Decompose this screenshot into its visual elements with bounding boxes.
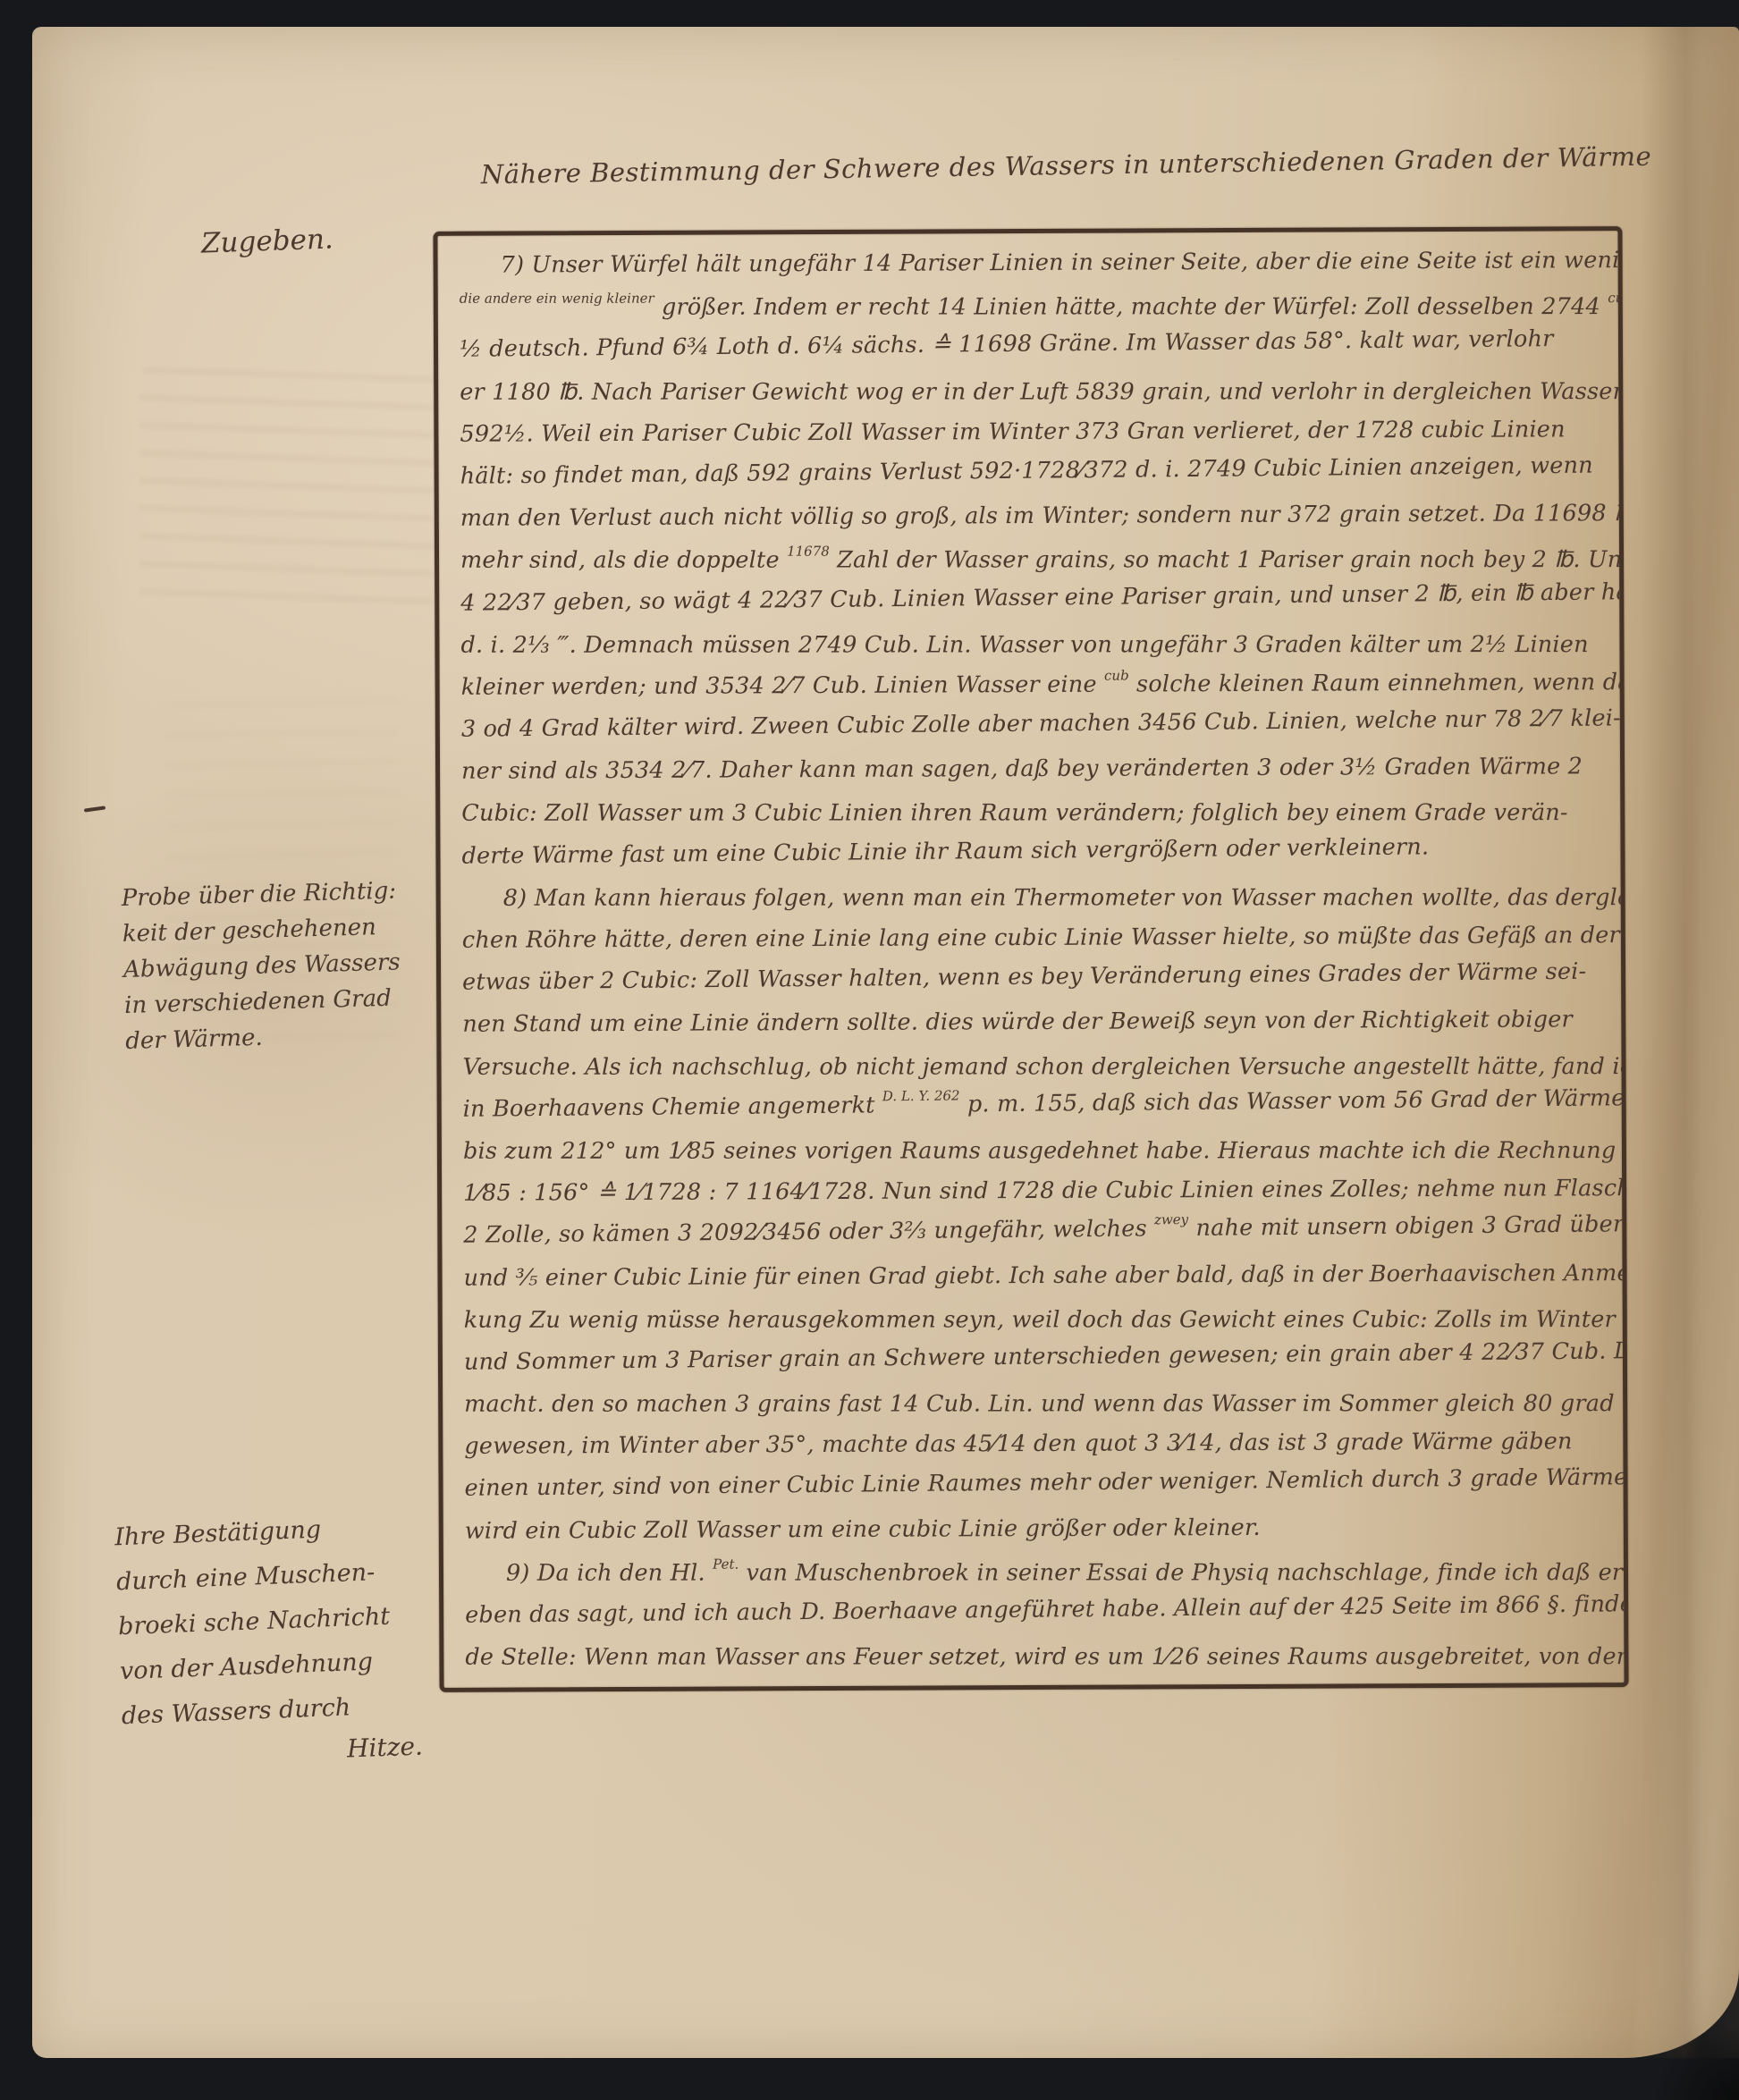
manuscript-line: ner sind als 3534 2⁄7. Daher kann man sa… — [461, 746, 1611, 793]
manuscript-line: d. i. 2⅓ ‴. Demnach müssen 2749 Cub. Lin… — [460, 624, 1610, 667]
manuscript-line: macht. den so machen 3 grains fast 14 Cu… — [464, 1383, 1614, 1426]
margin-note-bottom: Ihre Bestätigungdurch eine Muschen-broek… — [114, 1503, 461, 1739]
interline-note: zwey — [1154, 1211, 1188, 1227]
manuscript-body: 7) Unser Würfel hält ungefähr 14 Pariser… — [460, 240, 1616, 1679]
manuscript-line: wird ein Cubic Zoll Wasser um eine cubic… — [465, 1505, 1615, 1553]
manuscript-scan: Nähere Bestimmung der Schwere des Wasser… — [0, 0, 1739, 2100]
manuscript-line: er 1180 ℔. Nach Pariser Gewicht wog er i… — [460, 371, 1609, 414]
manuscript-line: bis zum 212° um 1⁄85 seines vorigen Raum… — [463, 1130, 1613, 1173]
interline-note: 11678 — [787, 544, 830, 560]
margin-note-top: Zugeben. — [200, 223, 333, 259]
manuscript-line: 7) Unser Würfel hält ungefähr 14 Pariser… — [460, 240, 1609, 287]
interline-note: die andere ein wenig kleiner — [460, 291, 654, 307]
interline-note: D. L. Y. 262 — [882, 1087, 960, 1104]
margin-note-middle: Probe über die Richtig:keit der geschehe… — [121, 872, 447, 1059]
manuscript-line: und ⅗ einer Cubic Linie für einen Grad g… — [463, 1252, 1613, 1300]
interline-note: Pet. — [713, 1556, 739, 1572]
interline-note: cub — [1104, 667, 1129, 683]
ink-bleedthrough — [139, 367, 435, 617]
manuscript-line: man den Verlust auch nicht völlig so gro… — [460, 493, 1610, 540]
margin-note-bottom-tail: Hitze. — [346, 1732, 423, 1764]
book-gutter-shadow — [1641, 27, 1739, 2058]
manuscript-line: de Stelle: Wenn man Wasser ans Feuer set… — [465, 1636, 1615, 1679]
ruled-text-frame: 7) Unser Würfel hält ungefähr 14 Pariser… — [433, 226, 1628, 1692]
manuscript-line: nen Stand um eine Linie ändern sollte. d… — [462, 999, 1612, 1047]
manuscript-line: 8) Man kann hieraus folgen, wenn man ein… — [462, 877, 1612, 920]
